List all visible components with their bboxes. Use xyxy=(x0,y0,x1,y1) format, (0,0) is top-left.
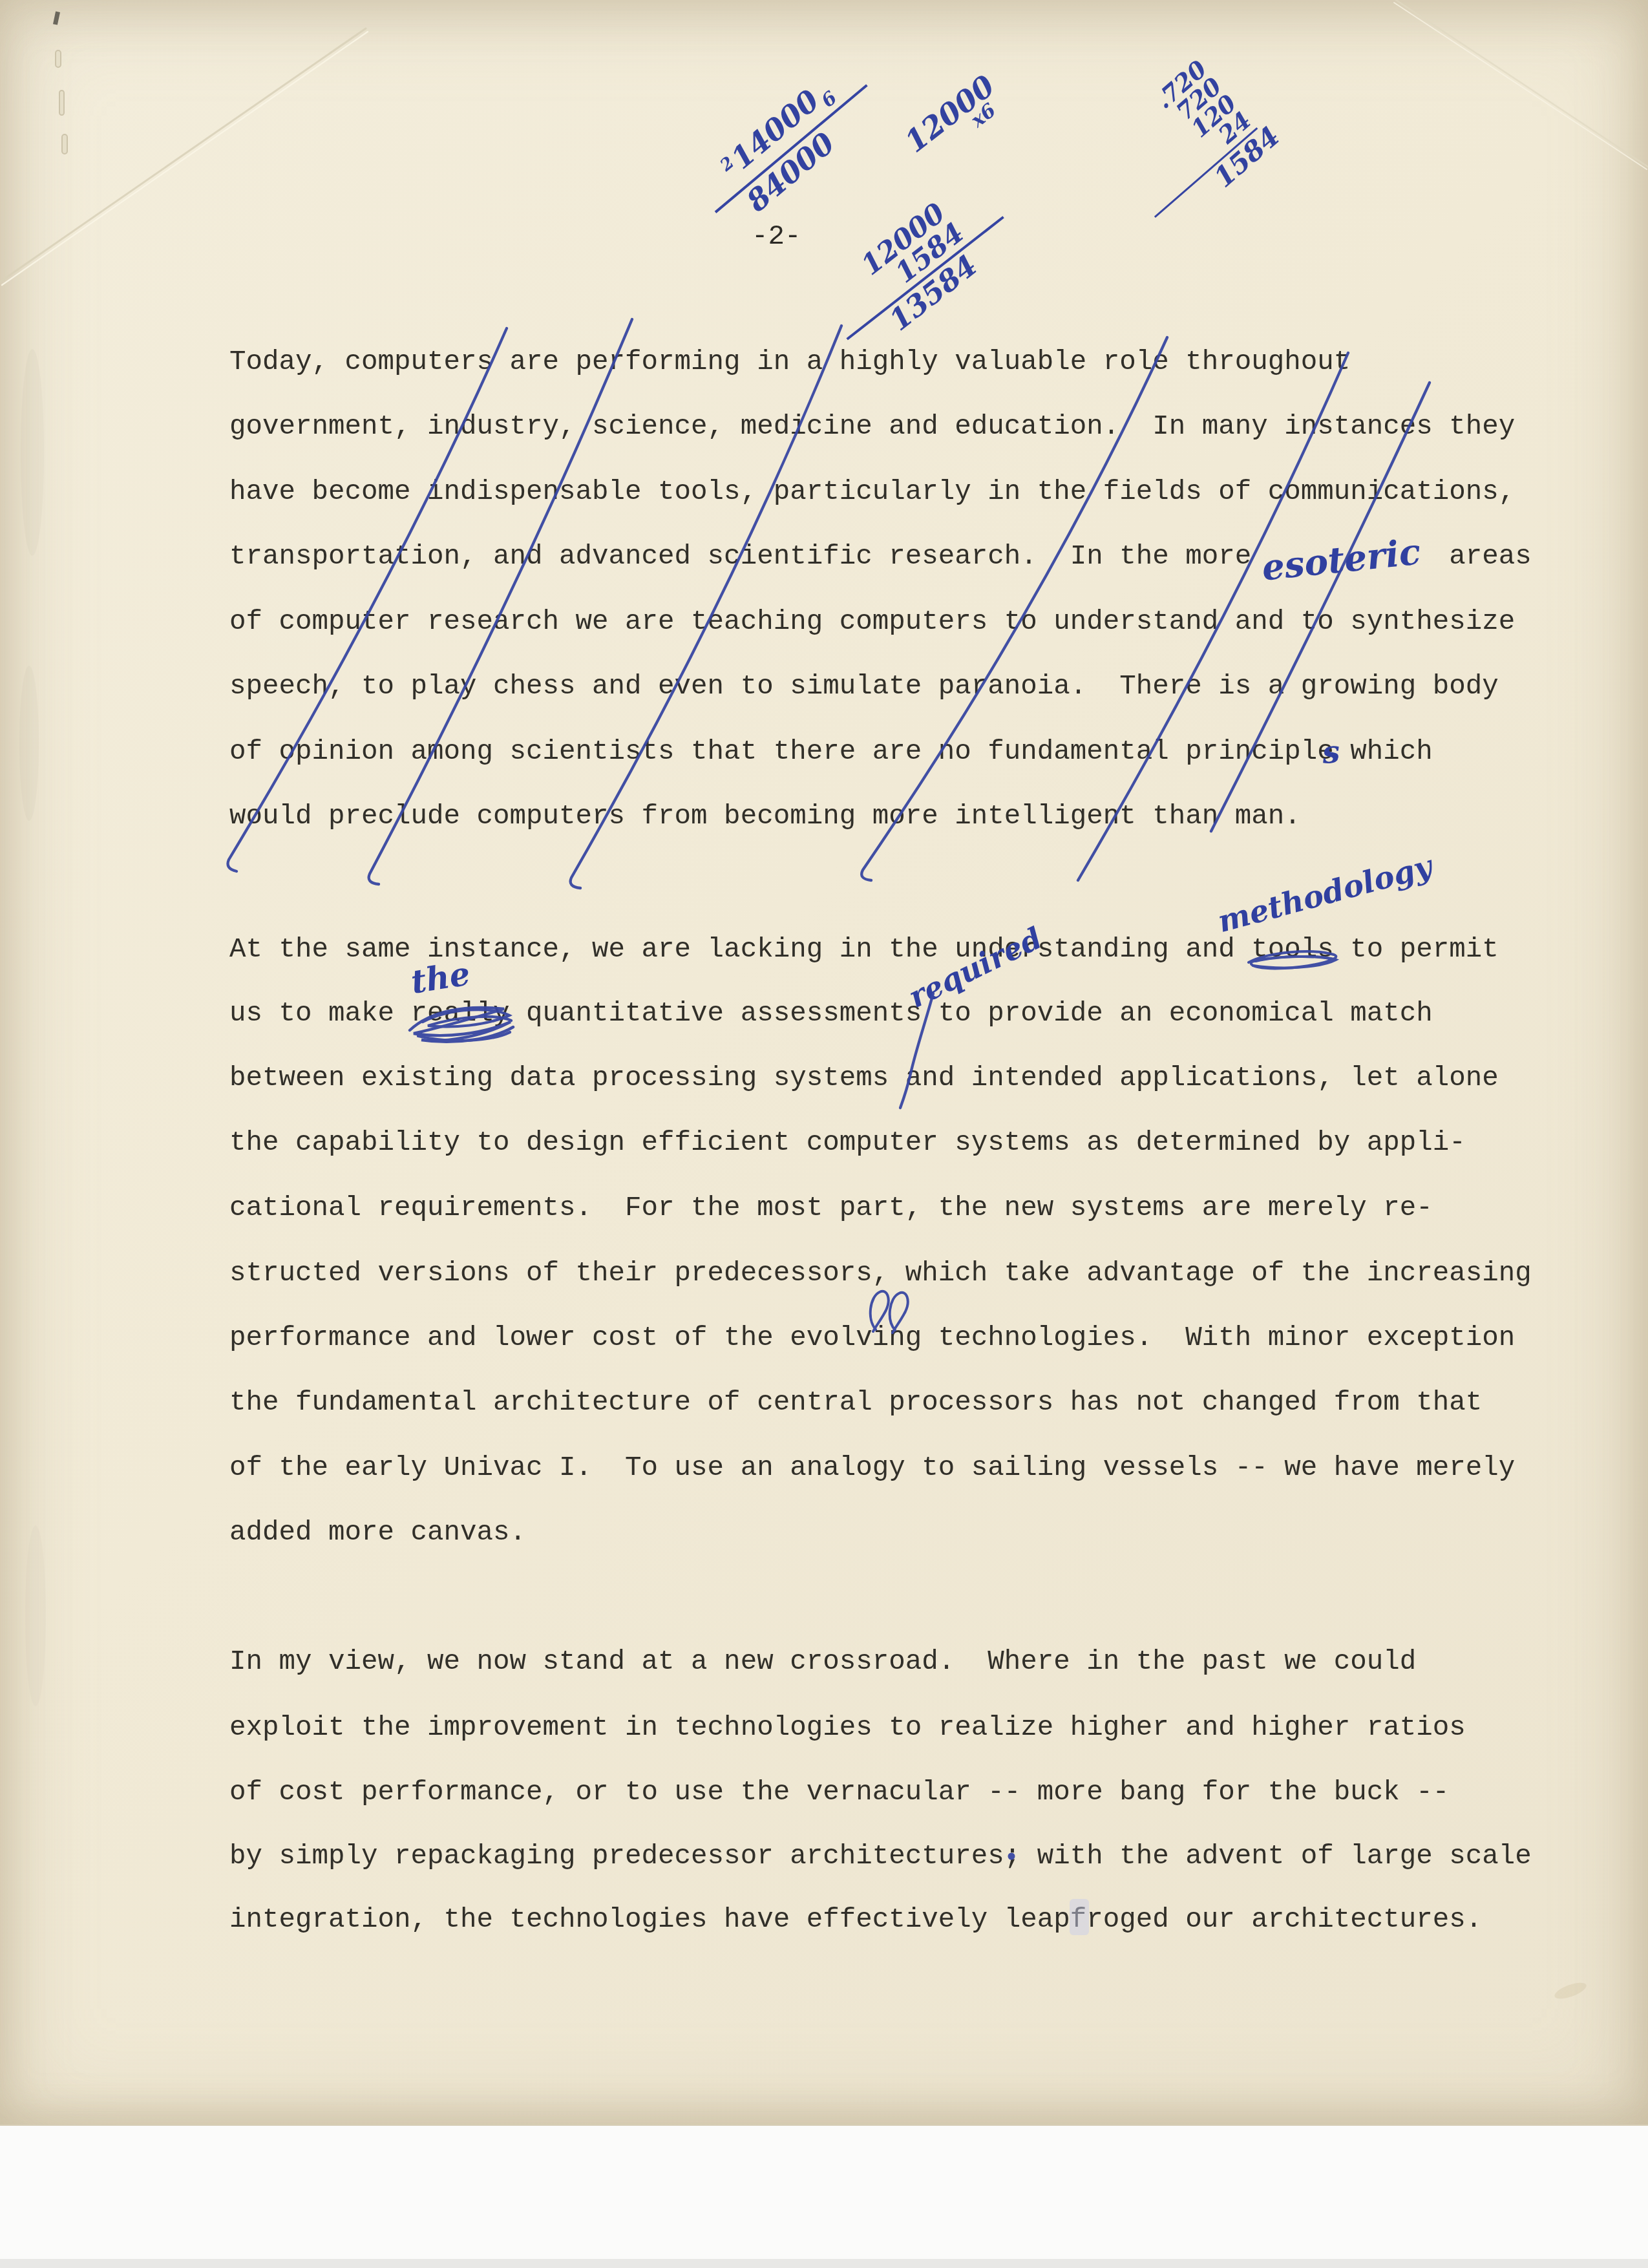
typed-line: speech, to play chess and even to simula… xyxy=(229,673,1499,701)
typed-line: integration, the technologies have effec… xyxy=(229,1906,1482,1934)
typed-line: Today, computers are performing in a hig… xyxy=(229,348,1350,376)
typed-line: by simply repackaging predecessor archit… xyxy=(229,1843,1532,1871)
typed-line: of the early Univac I. To use an analogy… xyxy=(229,1454,1515,1482)
typed-line: of computer research we are teaching com… xyxy=(229,608,1515,636)
typed-line: the fundamental architecture of central … xyxy=(229,1389,1482,1417)
typed-line: of cost performance, or to use the verna… xyxy=(229,1779,1449,1807)
typed-line: performance and lower cost of the evolvi… xyxy=(229,1324,1515,1352)
typed-line: exploit the improvement in technologies … xyxy=(229,1714,1466,1742)
typed-line: between existing data processing systems… xyxy=(229,1065,1499,1092)
typed-line: government, industry, science, medicine … xyxy=(229,413,1515,441)
handwritten-letter-s: s xyxy=(1321,736,1340,768)
scanned-typescript-page: -2- 2140006 84000 12000 x6 .720 720 120 … xyxy=(0,0,1648,2268)
typed-line: of opinion among scientists that there a… xyxy=(229,738,1433,766)
typed-line: the capability to design efficient compu… xyxy=(229,1129,1466,1157)
typed-line: have become indispensable tools, particu… xyxy=(229,478,1515,506)
typed-line: would preclude computers from becoming m… xyxy=(229,803,1301,831)
page-number: -2- xyxy=(752,223,801,251)
typed-line: At the same instance, we are lacking in … xyxy=(229,936,1499,964)
typed-line: cational requirements. For the most part… xyxy=(229,1194,1433,1222)
scanner-backing-edge xyxy=(0,2259,1648,2268)
typed-line: us to make really quantitative assessmen… xyxy=(229,1000,1433,1028)
handwritten-word-the: the xyxy=(409,957,472,999)
typed-line: In my view, we now stand at a new crossr… xyxy=(229,1648,1416,1676)
typed-line: structed versions of their predecessors,… xyxy=(229,1260,1532,1288)
typed-line: added more canvas. xyxy=(229,1519,526,1547)
